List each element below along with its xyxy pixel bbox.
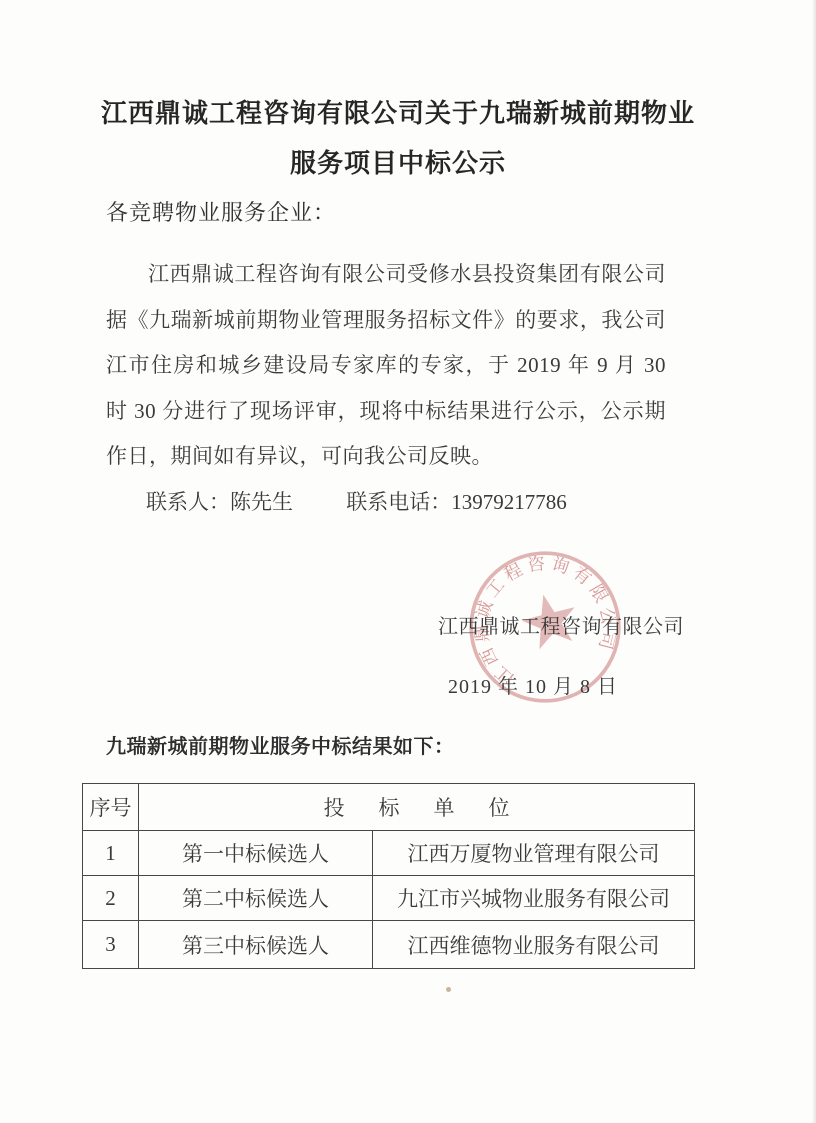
cell-seq: 3 [83,921,139,969]
paragraph-line: 据《九瑞新城前期物业管理服务招标文件》的要求，我公司通过了九 [106,298,666,344]
body-paragraph: 江西鼎诚工程咨询有限公司受修水县投资集团有限公司委托，根 据《九瑞新城前期物业管… [106,252,666,480]
document-title: 江西鼎诚工程咨询有限公司关于九瑞新城前期物业 服务项目中标公示 [0,88,796,188]
cell-company: 九江市兴城物业服务有限公司 [373,876,695,921]
column-header-bidder-label: 投标单位 [290,792,544,822]
table-row: 1 第一中标候选人 江西万厦物业管理有限公司 [83,831,695,876]
salutation: 各竞聘物业服务企业： [106,196,336,227]
cell-rank: 第一中标候选人 [139,831,373,876]
column-header-seq: 序号 [83,784,139,831]
cell-rank: 第二中标候选人 [139,876,373,921]
scan-edge-shadow [812,0,816,1123]
document-page: 江西鼎诚工程咨询有限公司关于九瑞新城前期物业 服务项目中标公示 各竞聘物业服务企… [0,0,816,1123]
contact-line: 联系人：陈先生 联系电话：13979217786 [106,486,666,516]
table-row: 2 第二中标候选人 九江市兴城物业服务有限公司 [83,876,695,921]
signature-company: 江西鼎诚工程咨询有限公司 [438,610,684,639]
cell-company: 江西维德物业服务有限公司 [373,921,695,969]
title-line-1: 江西鼎诚工程咨询有限公司关于九瑞新城前期物业 [0,88,796,138]
signature-date: 2019 年 10 月 8 日 [448,670,618,699]
title-line-2: 服务项目中标公示 [0,138,796,188]
contact-phone: 联系电话：13979217786 [346,490,567,514]
results-heading: 九瑞新城前期物业服务中标结果如下： [106,730,455,759]
cell-seq: 1 [83,831,139,876]
paragraph-line: 江市住房和城乡建设局专家库的专家，于 2019 年 9 月 30 日下午 14 [106,343,666,389]
cell-seq: 2 [83,876,139,921]
table-row: 3 第三中标候选人 江西维德物业服务有限公司 [83,921,695,969]
table-header-row: 序号 投标单位 [83,784,695,831]
paragraph-line: 江西鼎诚工程咨询有限公司受修水县投资集团有限公司委托，根 [106,252,666,298]
paragraph-line: 作日，期间如有异议，可向我公司反映。 [106,434,666,480]
contact-person: 联系人：陈先生 [146,490,293,514]
cell-rank: 第三中标候选人 [139,921,373,969]
results-table: 序号 投标单位 1 第一中标候选人 江西万厦物业管理有限公司 2 第二中标候选人… [82,783,695,969]
paragraph-line: 时 30 分进行了现场评审，现将中标结果进行公示，公示期为 5 个工 [106,389,666,435]
column-header-bidder: 投标单位 [139,784,695,831]
cell-company: 江西万厦物业管理有限公司 [373,831,695,876]
scan-speck [446,987,451,992]
